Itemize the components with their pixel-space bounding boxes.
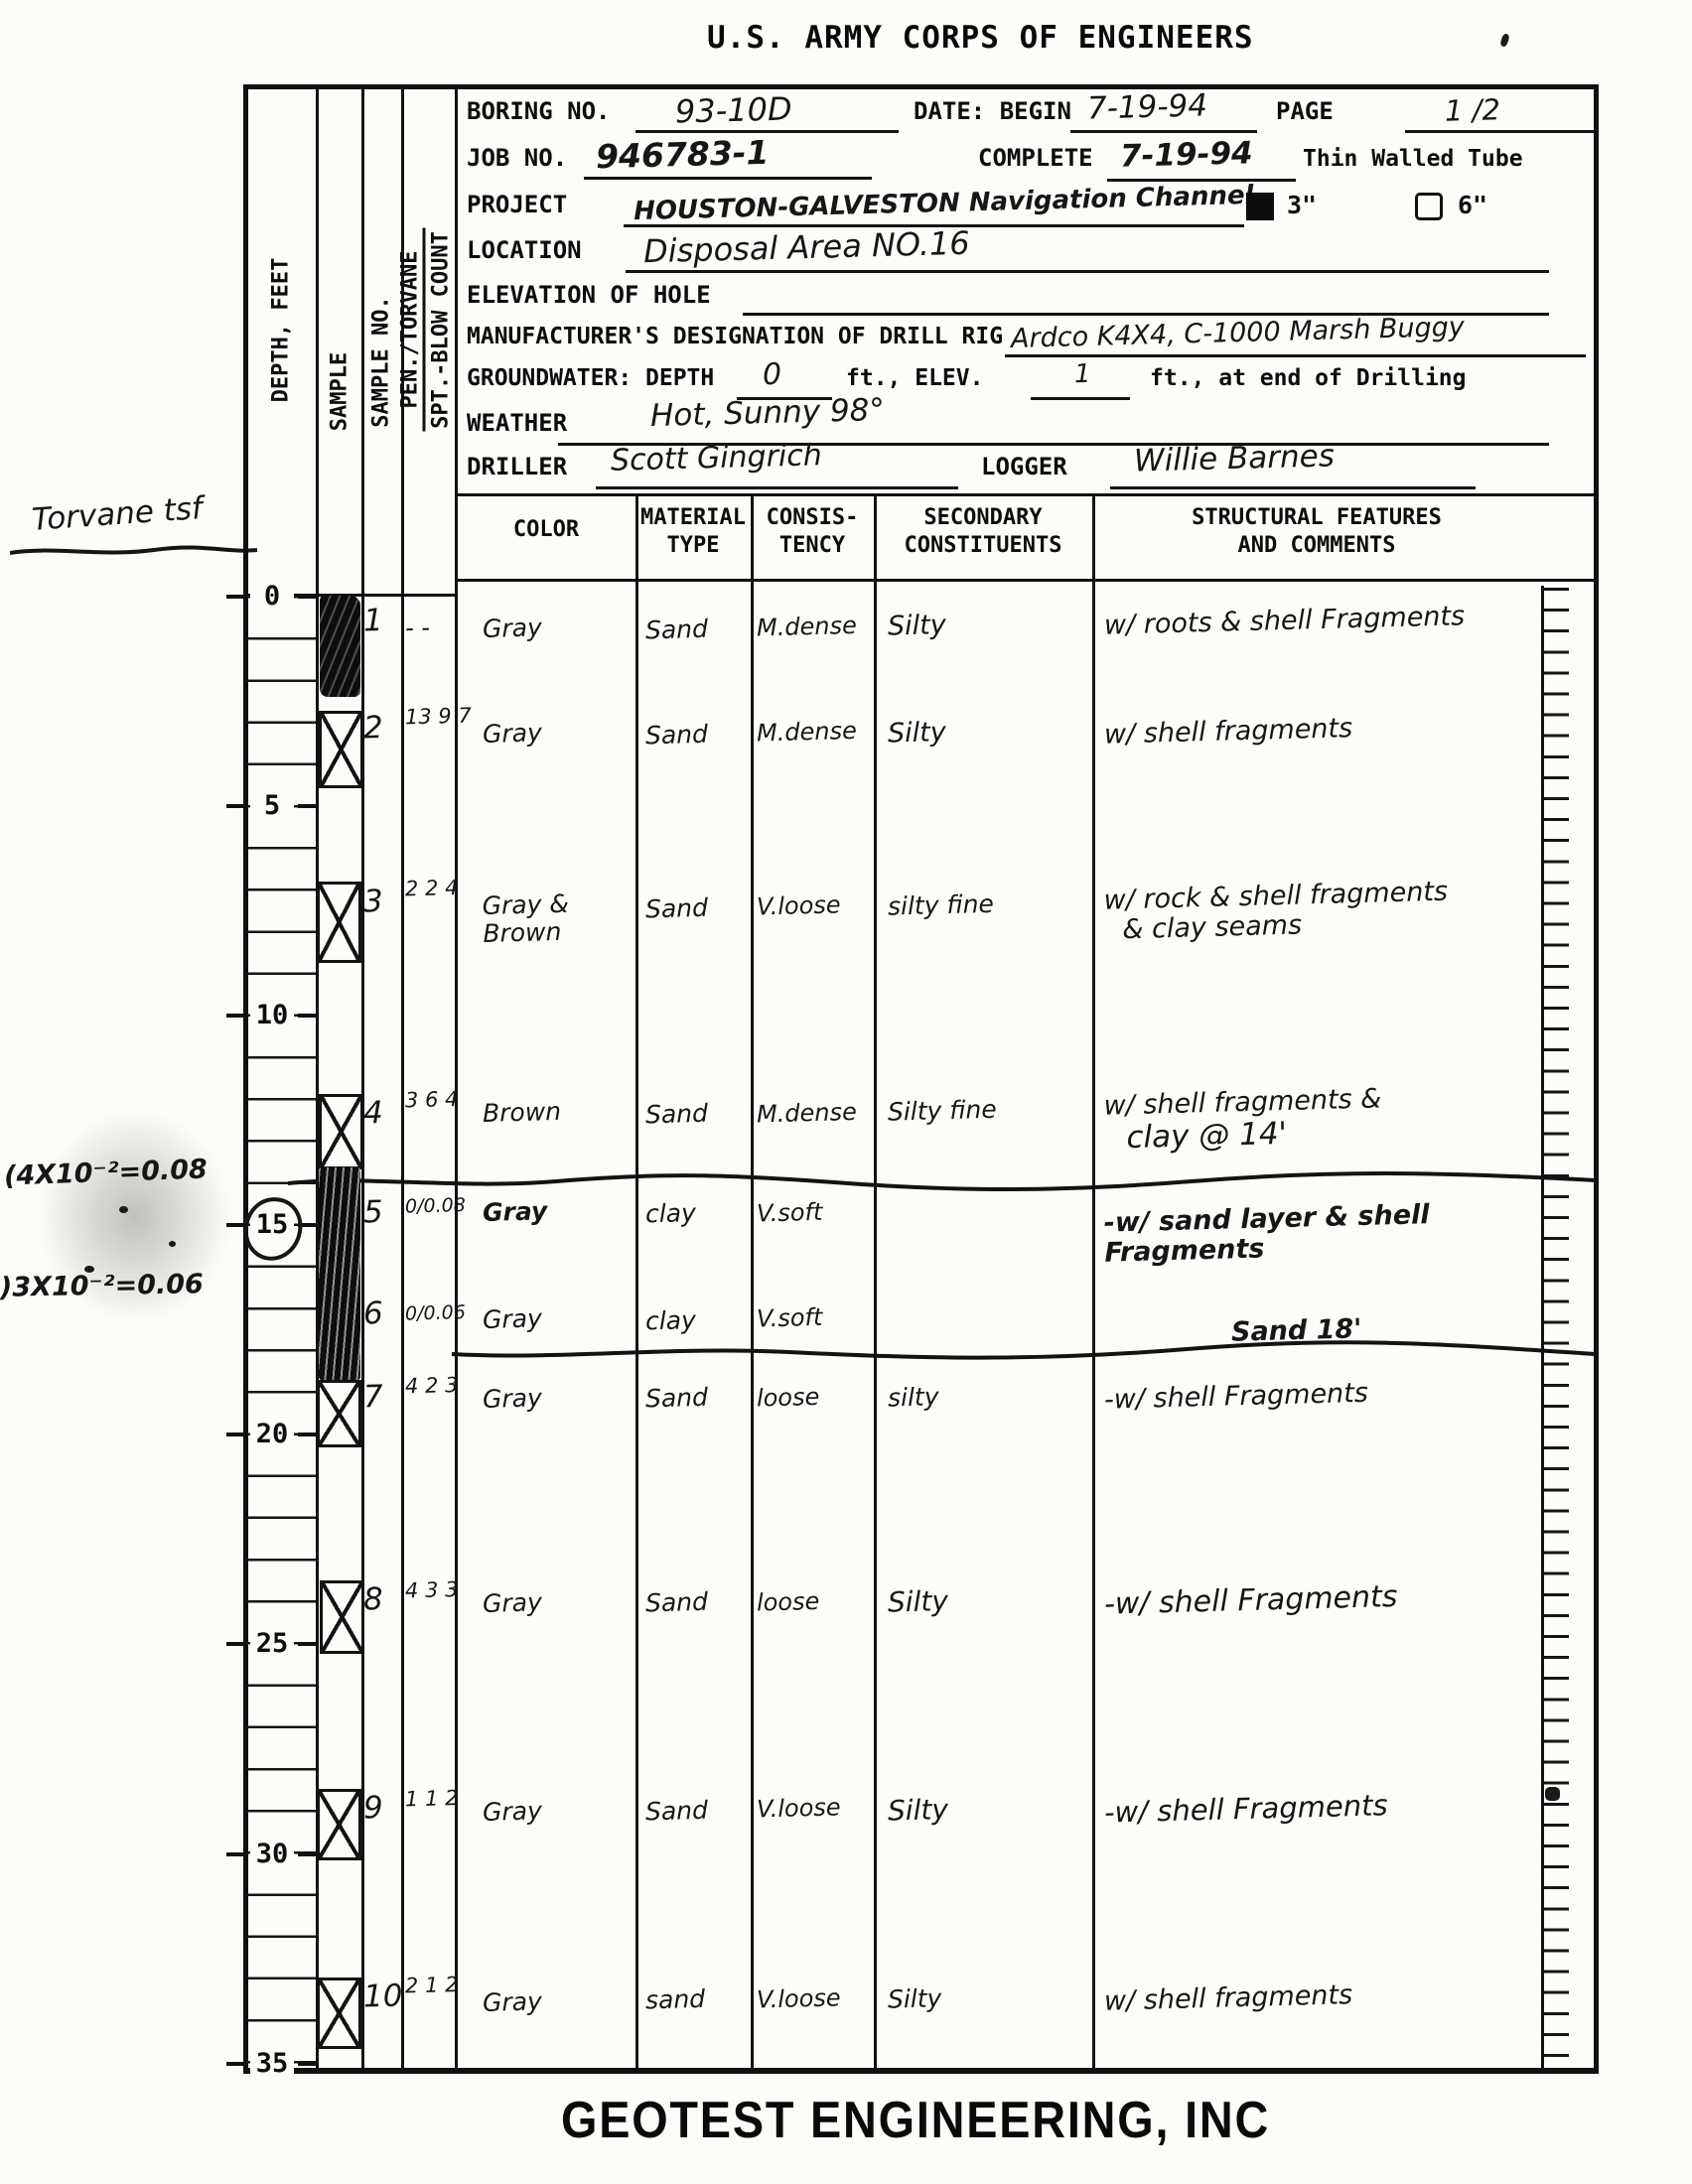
page-label: PAGE — [1276, 97, 1334, 125]
material-value: sand — [645, 1984, 752, 2015]
pen-torvane-column-caption: PEN./TORVANE — [398, 228, 426, 432]
consistency-value: V.soft — [757, 1302, 875, 1332]
blow-count: 2 1 2 — [405, 1976, 436, 1997]
comment-value: -w/ shell Fragments — [1104, 1576, 1538, 1621]
secondary-value: silty — [888, 1379, 1087, 1412]
sample-no: 2 — [363, 710, 404, 746]
spt-blow-count-column-caption: SPT.-BLOW COUNT — [429, 217, 454, 444]
groundwater-depth-value: 0 — [763, 357, 782, 392]
consistency-value: V.loose — [757, 890, 875, 920]
sample-no: 8 — [363, 1581, 404, 1617]
blow-count: 4 3 3 — [405, 1580, 436, 1602]
secondary-value: Silty — [888, 714, 1087, 749]
grid-line — [361, 84, 364, 2070]
comment-value: -w/ shell Fragments — [1104, 1785, 1538, 1829]
tube-3in-checkbox[interactable] — [1246, 193, 1274, 220]
field-underline — [1070, 130, 1257, 133]
table-row: 8 4 3 3 Gray Sand loose Silty -w/ shell … — [0, 1580, 1692, 1660]
color-value: Gray — [483, 1586, 633, 1618]
page-value: 1 /2 — [1445, 92, 1501, 127]
material-value: Sand — [645, 893, 752, 924]
consistency-value: M.dense — [757, 1098, 875, 1128]
form-border-top — [243, 84, 1599, 89]
color-column-header: COLOR — [457, 516, 635, 544]
material-type-column-header: MATERIAL TYPE — [635, 504, 751, 559]
page-title: U.S. ARMY CORPS OF ENGINEERS — [707, 20, 1254, 56]
torvane-margin-note: Torvane tsf — [31, 490, 204, 538]
blow-count: 0/0.08 — [405, 1196, 453, 1217]
groundwater-end-label: ft., at end of Drilling — [1150, 365, 1467, 391]
groundwater-elev-value: 1 — [1074, 359, 1091, 389]
comment-value: -w/ sand layer & shellFragments — [1103, 1197, 1537, 1269]
secondary-value: Silty fine — [888, 1093, 1087, 1126]
table-row: 10 2 1 2 Gray sand V.loose Silty w/ shel… — [0, 1978, 1692, 2053]
location-label: LOCATION — [467, 236, 582, 264]
blow-count: 3 6 4 — [405, 1090, 436, 1112]
color-value: Brown — [483, 1096, 633, 1128]
boring-no-value: 93-10D — [675, 89, 793, 130]
consistency-value: M.dense — [757, 717, 875, 747]
secondary-value: Silty — [888, 1581, 1087, 1618]
consistency-value: M.dense — [757, 612, 875, 641]
column-header-top-line — [455, 493, 1595, 496]
drill-rig-label: MANUFACTURER'S DESIGNATION OF DRILL RIG — [467, 324, 1003, 349]
comment-value: Sand 18' — [1231, 1306, 1665, 1348]
depth-label-10: 10 — [250, 1000, 294, 1030]
secondary-value — [888, 1196, 1086, 1201]
consistency-column-header: CONSIS- TENCY — [751, 504, 874, 559]
weather-label: WEATHER — [467, 409, 567, 437]
table-row: 2 13 9 7 Gray Sand M.dense Silty w/ shel… — [0, 707, 1692, 790]
comment-value: w/ shell fragments — [1104, 1976, 1538, 2017]
consistency-value: V.loose — [757, 1983, 875, 2013]
color-value: Gray — [483, 1985, 633, 2017]
depth-column-caption: DEPTH, FEET — [269, 241, 294, 420]
secondary-constituents-column-header: SECONDARY CONSTITUENTS — [874, 504, 1092, 559]
comment-value: w/ shell fragments &clay @ 14' — [1103, 1080, 1538, 1156]
torvane-underline — [10, 542, 258, 560]
date-complete-value: 7-19-94 — [1120, 135, 1253, 174]
tube-6in-label: 6" — [1458, 191, 1487, 219]
location-value: Disposal Area NO.16 — [643, 224, 971, 271]
field-underline — [1405, 130, 1594, 133]
comment-value: w/ shell fragments — [1104, 709, 1538, 751]
material-value: clay — [645, 1305, 752, 1336]
material-value: Sand — [645, 1587, 752, 1618]
field-underline — [1031, 397, 1130, 400]
material-value: Sand — [645, 1099, 752, 1130]
logger-label: LOGGER — [981, 453, 1067, 480]
sample-no: 4 — [363, 1095, 404, 1131]
date-begin-value: 7-19-94 — [1087, 87, 1208, 126]
sample-no: 9 — [363, 1790, 404, 1826]
field-underline — [596, 486, 958, 489]
sample-no: 3 — [363, 884, 404, 919]
boring-log-scan: U.S. ARMY CORPS OF ENGINEERS GEOTEST ENG… — [0, 0, 1692, 2184]
table-row: 5 0/0.08 Gray clay V.soft -w/ sand layer… — [0, 1193, 1692, 1295]
comment-value: w/ roots & shell Fragments — [1104, 600, 1538, 641]
driller-value: Scott Gingrich — [611, 438, 823, 478]
secondary-value: Silty — [888, 1790, 1087, 1827]
comment-value: w/ rock & shell fragments& clay seams — [1103, 875, 1537, 946]
material-value: Sand — [645, 1796, 752, 1827]
consistency-value: V.loose — [757, 1793, 875, 1823]
blow-count: 4 2 3 — [405, 1376, 436, 1398]
material-value: clay — [645, 1198, 752, 1229]
consistency-value: loose — [757, 1382, 875, 1412]
material-value: Sand — [645, 720, 752, 751]
project-value: HOUSTON-GALVESTON Navigation Channel — [634, 181, 1254, 226]
material-value: Sand — [645, 614, 752, 645]
weather-value: Hot, Sunny 98° — [650, 392, 886, 434]
elevation-label: ELEVATION OF HOLE — [467, 281, 711, 309]
table-row: 4 3 6 4 Brown Sand M.dense Silty fine w/… — [0, 1090, 1692, 1185]
comment-value: -w/ shell Fragments — [1104, 1374, 1538, 1416]
table-row: 7 4 2 3 Gray Sand loose silty -w/ shell … — [0, 1378, 1692, 1447]
table-row: 3 2 2 4 Gray &Brown Sand V.loose silty f… — [0, 879, 1692, 990]
field-underline — [584, 177, 872, 180]
table-row: 1 - - Gray Sand M.dense Silty w/ roots &… — [0, 596, 1692, 701]
grid-line — [316, 84, 319, 2070]
color-value: Gray — [483, 717, 633, 749]
structural-features-column-header: STRUCTURAL FEATURES AND COMMENTS — [1092, 504, 1541, 559]
groundwater-elev-label: ft., ELEV. — [846, 365, 983, 391]
depth-label-5: 5 — [250, 790, 294, 821]
blow-count: 2 2 4 — [405, 879, 436, 900]
sample-no: 10 — [363, 1979, 404, 2014]
table-row: 6 0/0.06 Gray clay V.soft Sand 18' — [0, 1297, 1692, 1384]
secondary-value: silty fine — [888, 887, 1087, 920]
secondary-value — [888, 1301, 1086, 1306]
company-footer: GEOTEST ENGINEERING, INC — [561, 2091, 1270, 2150]
consistency-value: loose — [757, 1586, 875, 1616]
field-underline — [1005, 354, 1586, 357]
secondary-value: Silty — [888, 607, 1087, 641]
tube-type-label: Thin Walled Tube — [1303, 146, 1523, 172]
project-label: PROJECT — [467, 191, 567, 218]
sample-no: 5 — [363, 1194, 404, 1230]
color-value: Gray — [483, 1302, 633, 1334]
form-border-right — [1594, 84, 1599, 2074]
material-value: Sand — [645, 1383, 752, 1414]
form-border-bottom — [243, 2068, 1599, 2074]
boring-no-label: BORING NO. — [467, 97, 611, 125]
table-row: 9 1 1 2 Gray Sand V.loose Silty -w/ shel… — [0, 1789, 1692, 1864]
color-value: Gray — [483, 1195, 633, 1227]
color-value: Gray — [483, 1382, 633, 1414]
job-no-value: 946783-1 — [596, 133, 770, 177]
blow-count: 0/0.06 — [405, 1303, 453, 1324]
tube-3in-label: 3" — [1287, 191, 1317, 219]
driller-label: DRILLER — [467, 453, 567, 480]
date-begin-label: DATE: BEGIN — [914, 97, 1071, 125]
blow-count: - - — [405, 614, 464, 640]
field-underline — [1110, 486, 1476, 489]
secondary-value: Silty — [888, 1980, 1087, 2013]
sample-no: 7 — [363, 1379, 404, 1415]
blow-count: 1 1 2 — [405, 1789, 436, 1811]
logger-value: Willie Barnes — [1134, 438, 1336, 478]
blow-count: 13 9 7 — [405, 707, 436, 729]
complete-label: COMPLETE — [978, 144, 1093, 172]
drill-rig-value: Ardco K4X4, C-1000 Marsh Buggy — [1011, 312, 1466, 354]
color-value: Gray — [483, 1795, 633, 1827]
color-value: Gray &Brown — [482, 888, 632, 948]
job-no-label: JOB NO. — [467, 144, 567, 172]
grid-line — [455, 84, 458, 2070]
field-underline — [626, 270, 1549, 273]
sample-no: 6 — [363, 1296, 404, 1331]
groundwater-label: GROUNDWATER: DEPTH — [467, 365, 714, 391]
consistency-value: V.soft — [757, 1197, 875, 1227]
tube-6in-checkbox[interactable] — [1415, 193, 1443, 220]
sample-no-column-caption: SAMPLE NO. — [369, 287, 394, 438]
sample-column-caption: SAMPLE — [328, 337, 352, 448]
sample-no: 1 — [363, 603, 404, 638]
scan-speck — [1499, 33, 1510, 48]
column-header-bottom-line — [455, 579, 1595, 582]
color-value: Gray — [483, 612, 633, 643]
